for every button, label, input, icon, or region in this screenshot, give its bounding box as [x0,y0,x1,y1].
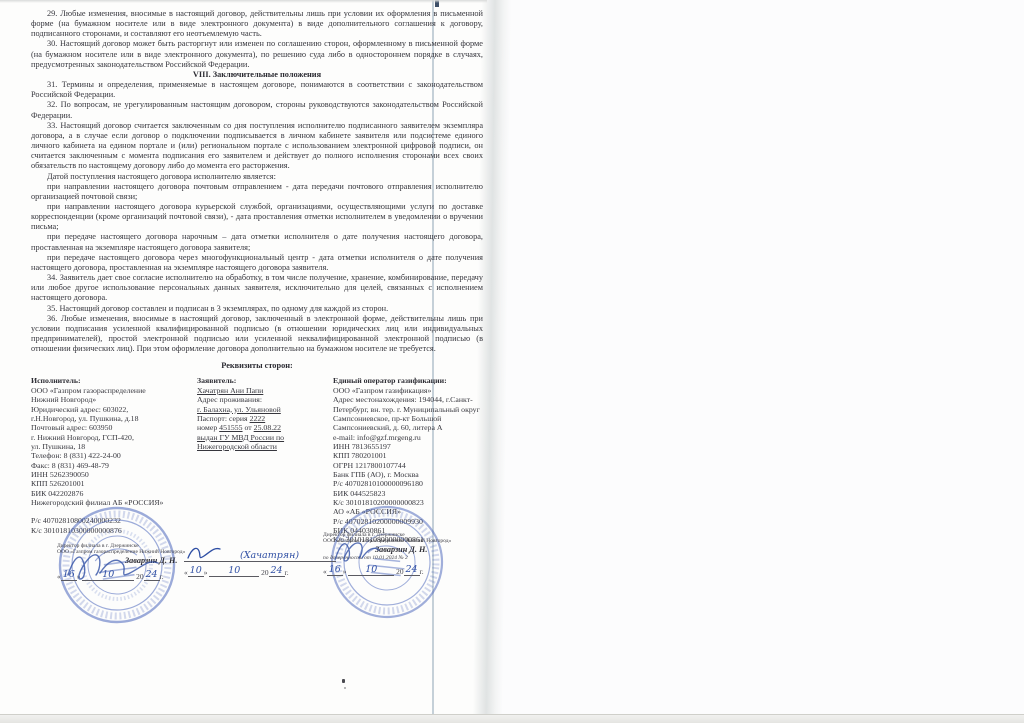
requisite-line: Юридический адрес: 603022, [31,405,197,414]
contract-clause: 36. Любые изменения, вносимые в настоящи… [31,314,483,355]
requisite-line: ООО «Газпром газораспределение [31,386,197,395]
applicant-signature-block: (Хачатрян) «10» 10 2024г. [184,545,336,577]
executor-lines: ООО «Газпром газораспределениеНижний Нов… [31,386,197,535]
scan-speck [344,687,346,689]
section-heading: VIII. Заключительные положения [31,70,483,80]
requisite-line: АО «АБ «РОССИЯ» [333,507,483,516]
handwritten-day: 16 [61,569,77,581]
requisite-line: г. Нижний Новгород, ГСП-420, [31,433,197,442]
requisite-line: Банк ГПБ (АО), г. Москва [333,470,483,479]
applicant-passport-number-line: номер 451555 от 25.08.22 [197,423,333,432]
signature-dateline: «16» 10 2024г. [323,564,478,576]
requisite-line: К/с 30101810200000000823 [333,498,483,507]
attorney-note: по доверенности от 10.01.2024 № 2 [323,555,478,561]
handwritten-year: 24 [144,569,160,581]
contract-clause: при передаче настоящего договора нарочны… [31,232,483,252]
scan-top-edge [0,0,487,3]
requisite-line: ИНН 7813655197 [333,442,483,451]
handwritten-month: 10 [348,564,394,576]
contract-clause: 31. Термины и определения, применяемые в… [31,80,483,100]
executor-header: Исполнитель: [31,376,197,385]
contract-clause: 33. Настоящий договор считается заключен… [31,121,483,172]
handwritten-day: 10 [188,565,204,577]
requisite-line: Р/с 40702810100000096180 [333,479,483,488]
requisite-line: Телефон: 8 (831) 422-24-00 [31,451,197,460]
clauses-bottom: 31. Термины и определения, применяемые в… [31,80,483,354]
requisite-line: Сампсониевский, д. 60, литера А [333,423,483,432]
requisite-line: БИК 044525823 [333,489,483,498]
applicant-header: Заявитель: [197,376,333,385]
contract-clause: 29. Любые изменения, вносимые в настоящи… [31,9,483,39]
applicant-name: Хачатрян Ани Папи [197,386,333,395]
contract-clause: 30. Настоящий договор может быть расторг… [31,39,483,69]
handwritten-year: 24 [404,564,420,576]
requisite-line: Почтовый адрес: 603950 [31,423,197,432]
operator-signature-block: Директор филиала в г. Дзержинске ООО «Га… [323,532,478,576]
requisites-columns: Исполнитель: ООО «Газпром газораспределе… [31,376,483,544]
requisite-line: Р/с 40702810800240000232 [31,516,197,525]
requisite-line: Сампсониевское, пр-кт Большой [333,414,483,423]
signature-scribble-icon [184,545,226,561]
handwritten-month: 10 [82,569,134,581]
applicant-passport-issued-2: Нижегородской области [197,442,333,451]
requisite-line: КПП 780201001 [333,451,483,460]
requisite-line: Факс: 8 (831) 469-48-79 [31,461,197,470]
requisite-line: Адрес местонахождения: 194044, г.Санкт- [333,395,483,404]
applicant-passport-issued-1: выдан ГУ МВД России по [197,433,333,442]
requisite-line: К/с 30101810300000000876 [31,526,197,535]
scan-bottom-edge [0,714,1024,723]
clauses-top: 29. Любые изменения, вносимые в настоящи… [31,9,483,70]
requisite-line: ОГРН 1217800107744 [333,461,483,470]
scanned-contract-page: 29. Любые изменения, вносимые в настоящи… [0,0,1024,723]
applicant-block: Заявитель: Хачатрян Ани Папи Адрес прожи… [197,376,333,544]
requisite-line: БИК 042202876 [31,489,197,498]
contract-clause: 34. Заявитель дает свое согласие исполни… [31,273,483,303]
requisite-line: Петербург, вн. тер. г. Муниципальный окр… [333,405,483,414]
scan-speck [342,679,345,683]
executor-block: Исполнитель: ООО «Газпром газораспределе… [31,376,197,544]
applicant-signature-line: (Хачатрян) [184,545,336,562]
requisite-line: Нижний Новгород» [31,395,197,404]
applicant-address-label: Адрес проживания: [197,395,333,404]
contract-clause: 35. Настоящий договор составлен и подпис… [31,304,483,314]
requisite-line: ул. Пушкина, 18 [31,442,197,451]
contract-clause: при направлении настоящего договора почт… [31,182,483,202]
operator-lines: ООО «Газпром газификация»Адрес местонахо… [333,386,483,545]
handwritten-month: 10 [209,565,259,577]
contract-clause: Датой поступления настоящего договора ис… [31,172,483,182]
contract-text-block: 29. Любые изменения, вносимые в настоящи… [31,9,483,545]
signature-dateline: «10» 10 2024г. [184,565,336,577]
applicant-address: г. Балахна, ул. Ульяновой [197,405,333,414]
requisite-line: КПП 526201001 [31,479,197,488]
requisite-line: Нижегородский филиал АБ «РОССИЯ» [31,498,197,507]
requisite-line: ООО «Газпром газификация» [333,386,483,395]
contract-clause: при направлении настоящего договора курь… [31,202,483,232]
requisite-line: Р/с 40702810200000009930 [333,517,483,526]
blank-right-page [487,0,1024,723]
requisite-line: ИНН 5262390050 [31,470,197,479]
signer-name: Заварзин Д. Н. [375,545,478,555]
applicant-passport-series-line: Паспорт: серия 2222 [197,414,333,423]
handwritten-year: 24 [269,565,285,577]
handwritten-surname: (Хачатрян) [240,550,299,561]
operator-block: Единый оператор газификации: ООО «Газпро… [333,376,483,544]
contract-clause: 32. По вопросам, не урегулированным наст… [31,100,483,120]
requisite-line: г.Н.Новгород, ул. Пушкина, д.18 [31,414,197,423]
contract-clause: при передаче настоящего договора через м… [31,253,483,273]
requisites-heading: Реквизиты сторон: [31,361,483,371]
operator-header: Единый оператор газификации: [333,376,483,385]
requisite-line: e-mail: info@gzf.mrgeng.ru [333,433,483,442]
handwritten-day: 16 [327,564,343,576]
